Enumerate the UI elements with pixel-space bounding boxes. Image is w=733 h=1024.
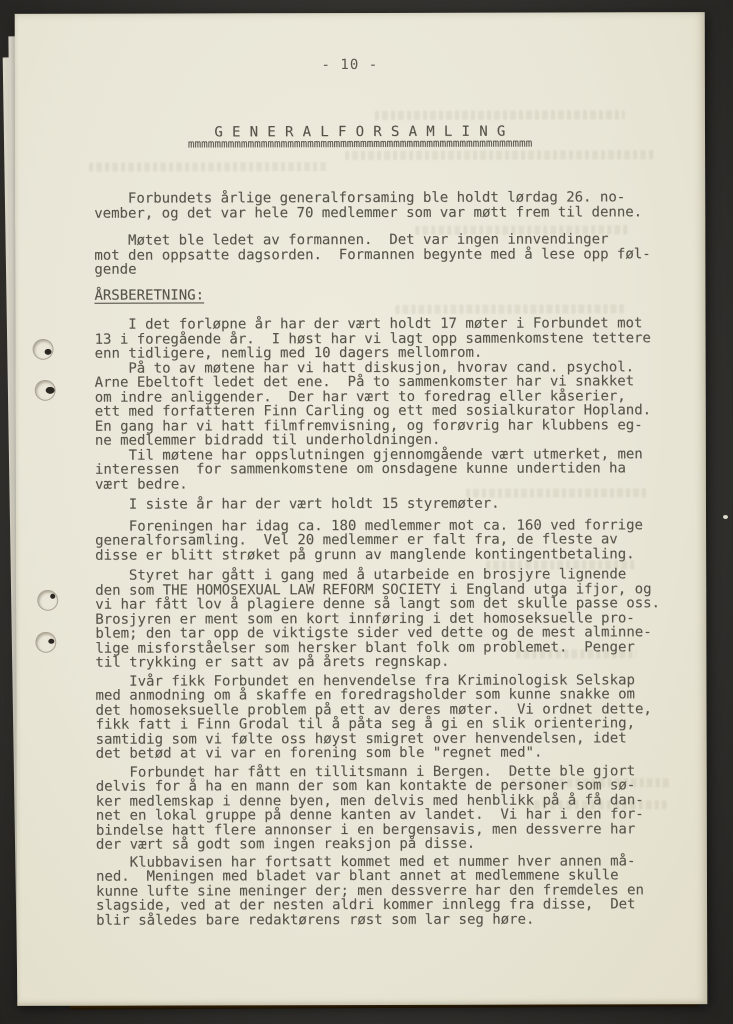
page-number: - 10 -: [5, 56, 695, 74]
title-underline: mmmmmmmmmmmmmmmmmmmmmmmmmmmmmmmmmmmmmmmm…: [15, 138, 705, 149]
document-page: - 10 - G E N E R A L F O R S A M L I N G…: [15, 12, 708, 1006]
paragraph: Styret har gått i gang med å utarbeide e…: [95, 567, 681, 670]
paragraph: Forbundet har fått en tillitsmann i Berg…: [96, 764, 682, 853]
bleed-through-text: [89, 162, 329, 172]
paragraph: Foreningen har idag ca. 180 medlemmer mo…: [95, 518, 681, 563]
paragraph: I siste år har der vært holdt 15 styremø…: [95, 496, 681, 512]
paragraph: Klubbavisen har fortsatt kommet med et n…: [96, 854, 682, 928]
dust-speck: [723, 515, 728, 519]
section-heading: ÅRSBERETNING:: [94, 287, 680, 303]
bleed-through-text: [345, 150, 655, 160]
punch-hole: [35, 632, 56, 653]
punch-hole: [37, 590, 58, 611]
punch-hole: [35, 380, 56, 401]
paragraph: Ivår fikk Forbundet en henvendelse fra K…: [95, 673, 681, 762]
title-block: G E N E R A L F O R S A M L I N G mmmmmm…: [15, 123, 705, 149]
body-text: Forbundets årlige generalforsaming ble h…: [94, 190, 682, 928]
punch-hole: [33, 339, 54, 360]
paragraph: Forbundets årlige generalforsaming ble h…: [94, 190, 680, 221]
bleed-through-text: [375, 110, 625, 120]
paragraph: Møtet ble ledet av formannen. Det var in…: [94, 232, 680, 277]
paragraph: I det forløpne år har der vært holdt 17 …: [94, 316, 680, 492]
